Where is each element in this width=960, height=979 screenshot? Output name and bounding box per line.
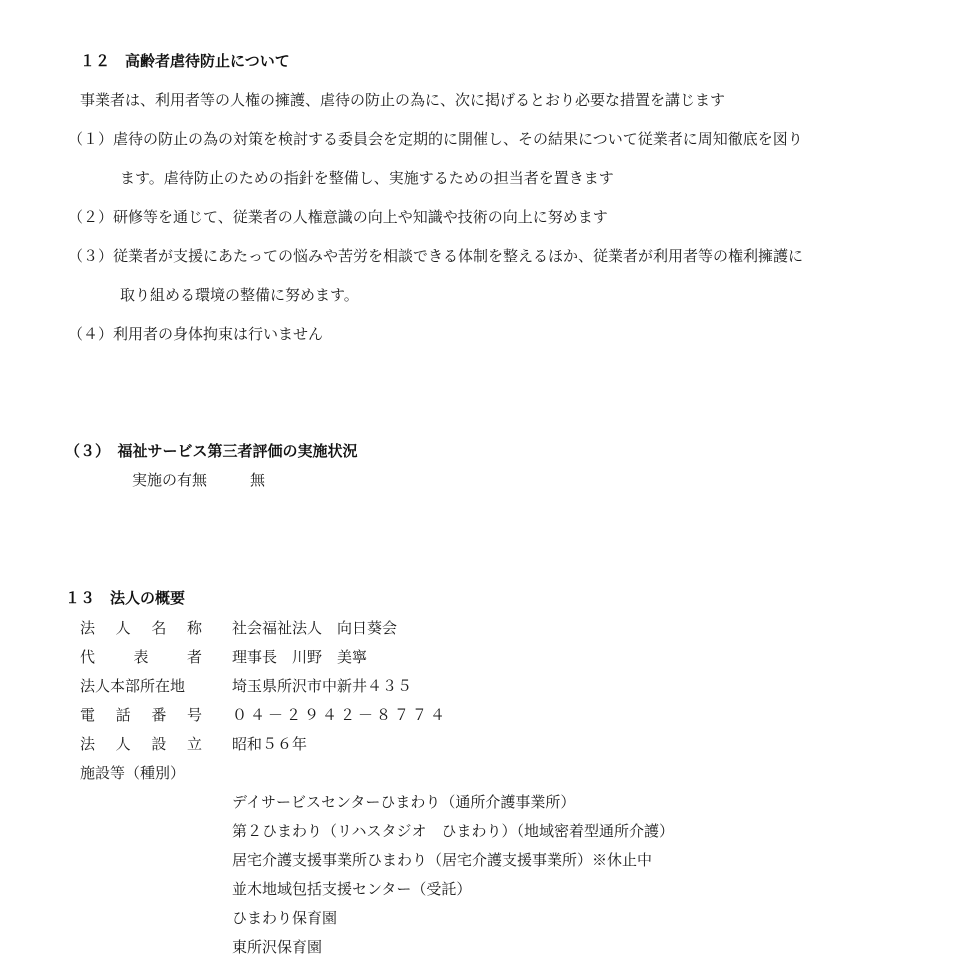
facility-item: デイサービスセンターひまわり（通所介護事業所）	[232, 792, 575, 812]
section-12-heading: １２ 高齢者虐待防止について	[80, 51, 290, 71]
label-char: 表	[133, 647, 148, 667]
label-char: 立	[187, 734, 202, 754]
label-char: 法	[80, 734, 95, 754]
label-char: 設	[151, 734, 166, 754]
measure-item-1-line-1: （１）虐待の防止の為の対策を検討する委員会を定期的に開催し、その結果について従業…	[68, 129, 803, 149]
facility-item: 並木地域包括支援センター（受託）	[232, 879, 471, 899]
evaluation-label: 実施の有無	[132, 470, 207, 490]
label-char: 名	[151, 618, 166, 638]
label-char: 電	[80, 705, 95, 725]
label-char: 人	[116, 618, 131, 638]
facility-item: 東所沢保育園	[232, 937, 322, 957]
representative-label: 代 表 者	[80, 647, 202, 667]
facility-item: ひまわり保育園	[232, 908, 337, 928]
label-text: 法人本部所在地	[80, 676, 185, 696]
headquarters-address-label: 法人本部所在地	[80, 676, 202, 696]
section-12-intro: 事業者は、利用者等の人権の擁護、虐待の防止の為に、次に掲げるとおり必要な措置を講…	[80, 90, 725, 110]
facility-item: 第２ひまわり（リハスタジオ ひまわり）（地域密着型通所介護）	[232, 821, 674, 841]
measure-item-3-line-1: （３）従業者が支援にあたっての悩みや苦労を相談できる体制を整えるほか、従業者が利…	[68, 246, 803, 266]
headquarters-address-value: 埼玉県所沢市中新井４３５	[232, 676, 412, 696]
phone-number-label: 電 話 番 号	[80, 705, 202, 725]
label-char: 号	[187, 705, 202, 725]
section-13-heading: １３ 法人の概要	[65, 588, 185, 608]
label-char: 人	[116, 734, 131, 754]
representative-value: 理事長 川野 美寧	[232, 647, 367, 667]
label-char: 法	[80, 618, 95, 638]
established-value: 昭和５６年	[232, 734, 307, 754]
measure-item-1-line-2: ます。虐待防止のための指針を整備し、実施するための担当者を置きます	[120, 168, 614, 188]
evaluation-value: 無	[250, 470, 265, 490]
label-char: 称	[187, 618, 202, 638]
third-party-evaluation-heading: （３） 福祉サービス第三者評価の実施状況	[65, 441, 358, 461]
label-char: 者	[187, 647, 202, 667]
measure-item-3-line-2: 取り組める環境の整備に努めます。	[120, 285, 359, 305]
phone-number-value: ０４－２９４２－８７７４	[232, 705, 448, 725]
corporation-name-value: 社会福祉法人 向日葵会	[232, 618, 397, 638]
established-label: 法 人 設 立	[80, 734, 202, 754]
label-text: 施設等（種別）	[80, 763, 185, 783]
facilities-label: 施設等（種別）	[80, 763, 202, 783]
measure-item-4: （４）利用者の身体拘束は行いません	[68, 324, 323, 344]
label-char: 代	[80, 647, 95, 667]
measure-item-2: （２）研修等を通じて、従業者の人権意識の向上や知識や技術の向上に努めます	[68, 207, 608, 227]
label-char: 番	[151, 705, 166, 725]
facility-item: 居宅介護支援事業所ひまわり（居宅介護支援事業所）※休止中	[232, 850, 652, 870]
corporation-name-label: 法 人 名 称	[80, 618, 202, 638]
label-char: 話	[116, 705, 131, 725]
